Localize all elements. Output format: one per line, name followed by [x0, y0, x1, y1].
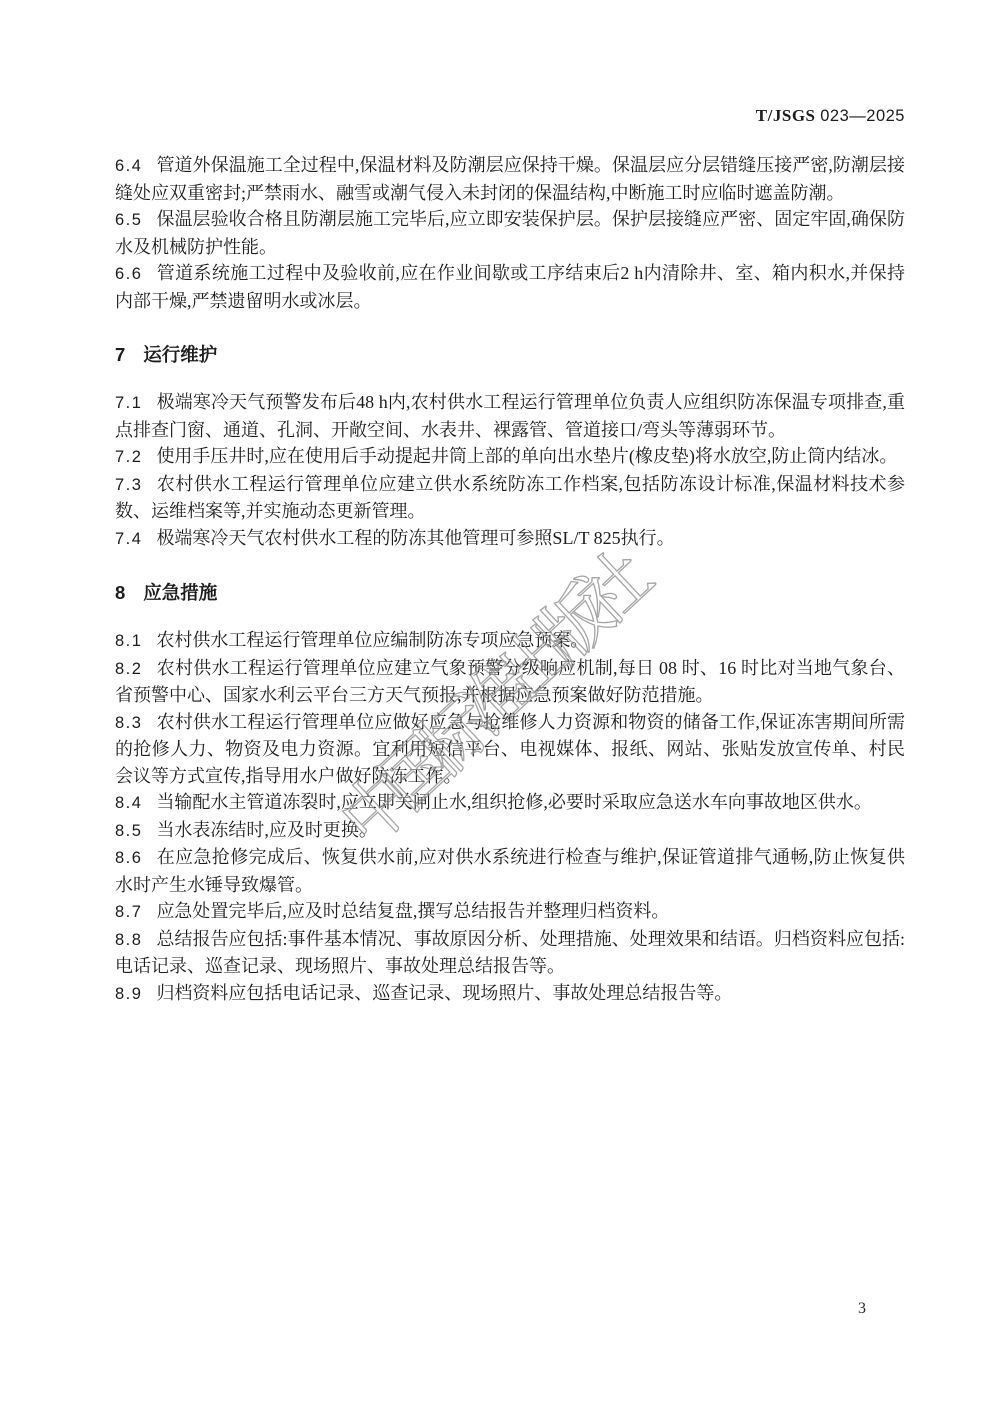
- clause-text: 农村供水工程运行管理单位应建立气象预警分级响应机制,每日 08 时、16 时比对…: [115, 658, 905, 706]
- clause-number: 8.8: [115, 931, 142, 949]
- clause-8-6: 8.6在应急抢修完成后、恢复供水前,应对供水系统进行检查与维护,保证管道排气通畅…: [115, 844, 905, 898]
- clause-7-4: 7.4极端寒冷天气农村供水工程的防冻其他管理可参照SL/T 825执行。: [115, 525, 905, 553]
- clause-number: 8.2: [115, 660, 142, 678]
- clause-text: 农村供水工程运行管理单位应做好应急与抢维修人力资源和物资的储备工作,保证冻害期间…: [115, 712, 905, 786]
- clause-number: 8.9: [115, 985, 142, 1003]
- clause-text: 应急处置完毕后,应及时总结复盘,撰写总结报告并整理归档资料。: [156, 901, 669, 921]
- clause-number: 6.4: [115, 157, 142, 175]
- clause-text: 农村供水工程运行管理单位应建立供水系统防冻工作档案,包括防冻设计标准,保温材料技…: [115, 474, 905, 522]
- clause-number: 8.3: [115, 714, 142, 732]
- clause-text: 极端寒冷天气预警发布后48 h内,农村供水工程运行管理单位负责人应组织防冻保温专…: [115, 392, 905, 440]
- clause-7-3: 7.3农村供水工程运行管理单位应建立供水系统防冻工作档案,包括防冻设计标准,保温…: [115, 471, 905, 525]
- clause-number: 7.2: [115, 448, 142, 466]
- clause-text: 使用手压井时,应在使用后手动提起井筒上部的单向出水垫片(橡皮垫)将水放空,防止筒…: [156, 446, 897, 466]
- clause-8-2: 8.2农村供水工程运行管理单位应建立气象预警分级响应机制,每日 08 时、16 …: [115, 655, 905, 709]
- clause-text: 保温层验收合格且防潮层施工完毕后,应立即安装保护层。保护层接缝应严密、固定牢固,…: [115, 209, 905, 257]
- page-content: T/JSGS 023—2025 6.4管道外保温施工全过程中,保温材料及防潮层应…: [115, 106, 905, 1007]
- clause-6-4: 6.4管道外保温施工全过程中,保温材料及防潮层应保持干燥。保温层应分层错缝压接严…: [115, 152, 905, 206]
- clause-8-8: 8.8总结报告应包括:事件基本情况、事故原因分析、处理措施、处理效果和结语。归档…: [115, 926, 905, 980]
- clause-number: 8.7: [115, 903, 142, 921]
- clause-text: 总结报告应包括:事件基本情况、事故原因分析、处理措施、处理效果和结语。归档资料应…: [115, 929, 905, 977]
- clause-text: 管道外保温施工全过程中,保温材料及防潮层应保持干燥。保温层应分层错缝压接严密,防…: [115, 155, 905, 203]
- clause-7-2: 7.2使用手压井时,应在使用后手动提起井筒上部的单向出水垫片(橡皮垫)将水放空,…: [115, 443, 905, 471]
- clause-number: 6.5: [115, 211, 142, 229]
- clause-6-5: 6.5保温层验收合格且防潮层施工完毕后,应立即安装保护层。保护层接缝应严密、固定…: [115, 206, 905, 260]
- clause-text: 管道系统施工过程中及验收前,应在作业间歇或工序结束后2 h内清除井、室、箱内积水…: [115, 263, 905, 311]
- clause-number: 6.6: [115, 265, 142, 283]
- section-7-heading: 7运行维护: [115, 342, 905, 368]
- clause-number: 7.4: [115, 530, 142, 548]
- clause-8-5: 8.5当水表冻结时,应及时更换。: [115, 817, 905, 845]
- clause-8-3: 8.3农村供水工程运行管理单位应做好应急与抢维修人力资源和物资的储备工作,保证冻…: [115, 709, 905, 790]
- clause-number: 8.4: [115, 794, 142, 812]
- clause-number: 8.6: [115, 849, 142, 867]
- clause-7-1: 7.1极端寒冷天气预警发布后48 h内,农村供水工程运行管理单位负责人应组织防冻…: [115, 389, 905, 443]
- clause-8-4: 8.4当输配水主管道冻裂时,应立即关闸止水,组织抢修,必要时采取应急送水车向事故…: [115, 789, 905, 817]
- clause-number: 7.3: [115, 476, 142, 494]
- clause-text: 在应急抢修完成后、恢复供水前,应对供水系统进行检查与维护,保证管道排气通畅,防止…: [115, 847, 905, 895]
- section-title: 应急措施: [143, 582, 217, 603]
- section-title: 运行维护: [143, 344, 217, 365]
- designation-prefix: T/JSGS: [756, 106, 816, 125]
- page-number: 3: [858, 1300, 866, 1318]
- designation-number: 023—2025: [820, 107, 905, 125]
- clause-6-6: 6.6管道系统施工过程中及验收前,应在作业间歇或工序结束后2 h内清除井、室、箱…: [115, 260, 905, 314]
- clause-text: 归档资料应包括电话记录、巡查记录、现场照片、事故处理总结报告等。: [156, 983, 732, 1003]
- clause-8-9: 8.9归档资料应包括电话记录、巡查记录、现场照片、事故处理总结报告等。: [115, 980, 905, 1008]
- section-8-heading: 8应急措施: [115, 580, 905, 606]
- clause-number: 8.1: [115, 632, 142, 650]
- clause-8-7: 8.7应急处置完毕后,应及时总结复盘,撰写总结报告并整理归档资料。: [115, 898, 905, 926]
- document-page: T/JSGS 023—2025 6.4管道外保温施工全过程中,保温材料及防潮层应…: [0, 0, 992, 1403]
- section-number: 8: [115, 582, 126, 603]
- clause-number: 8.5: [115, 822, 142, 840]
- clause-number: 7.1: [115, 394, 142, 412]
- clause-text: 农村供水工程运行管理单位应编制防冻专项应急预案。: [156, 630, 588, 650]
- clause-text: 极端寒冷天气农村供水工程的防冻其他管理可参照SL/T 825执行。: [156, 528, 674, 548]
- clause-text: 当输配水主管道冻裂时,应立即关闸止水,组织抢修,必要时采取应急送水车向事故地区供…: [156, 792, 872, 812]
- standard-designation: T/JSGS 023—2025: [115, 106, 905, 126]
- clause-8-1: 8.1农村供水工程运行管理单位应编制防冻专项应急预案。: [115, 627, 905, 655]
- clause-text: 当水表冻结时,应及时更换。: [156, 820, 377, 840]
- section-number: 7: [115, 344, 126, 365]
